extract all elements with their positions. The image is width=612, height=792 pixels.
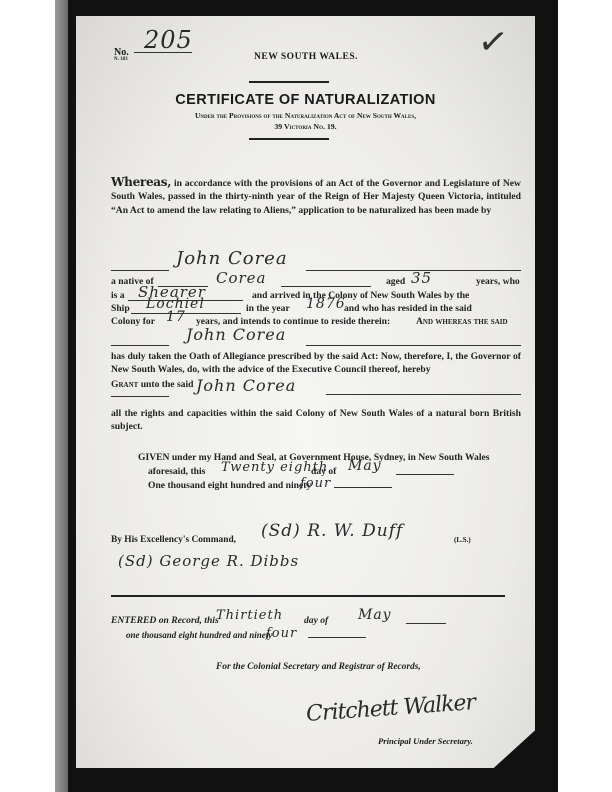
year-label: in the year xyxy=(246,302,290,315)
arrived-text: and arrived in the Colony of New South W… xyxy=(252,289,469,302)
grant-label: Grant xyxy=(111,379,138,390)
governor-signature: (Sd) R. W. Duff xyxy=(261,521,403,541)
applicant-name-grant: John Corea xyxy=(196,376,296,395)
rights-paragraph: all the rights and capacities within the… xyxy=(111,407,521,434)
given-aforesaid-label: aforesaid, this xyxy=(148,465,205,478)
certificate-page: No. N. 183 205 NEW SOUTH WALES. ✓ CERTIF… xyxy=(76,16,535,768)
preamble-paragraph: Whereas, in accordance with the provisio… xyxy=(111,176,521,217)
entered-year-suffix: four xyxy=(266,626,297,641)
certificate-title: CERTIFICATE OF NATURALIZATION xyxy=(76,92,535,108)
years-who-label: years, who xyxy=(476,275,520,288)
check-mark-icon: ✓ xyxy=(475,20,511,65)
ship-label: Ship xyxy=(111,302,130,315)
seal-mark: (L.S.) xyxy=(454,536,471,544)
principal-under-secretary-title: Principal Under Secretary. xyxy=(378,736,473,746)
colonial-secretary-line: For the Colonial Secretary and Registrar… xyxy=(216,661,421,674)
aged-label: aged xyxy=(386,275,405,288)
given-year-prefix: One thousand eight hundred and ninety xyxy=(148,479,311,492)
grant-text: unto the said xyxy=(141,379,194,390)
entered-label: ENTERED on Record, this xyxy=(111,614,219,627)
certificate-number: 205 xyxy=(144,26,193,54)
arrival-year: 1876 xyxy=(306,296,346,312)
given-year-suffix: four xyxy=(300,476,331,491)
is-a-label: is a xyxy=(111,289,125,302)
command-label: By His Excellency's Command, xyxy=(111,534,236,547)
preamble-text: in accordance with the provisions of an … xyxy=(111,178,521,216)
colony-for-label: Colony for xyxy=(111,315,155,328)
entered-day: Thirtieth xyxy=(216,608,283,623)
grant-line: Grant unto the said xyxy=(111,378,193,391)
whereas-said-text: And whereas the said xyxy=(416,315,508,328)
applicant-name: John Corea xyxy=(176,248,288,269)
whereas-heading: Whereas, xyxy=(111,175,171,189)
applicant-name-repeat: John Corea xyxy=(186,325,286,344)
given-month: May xyxy=(348,458,382,474)
registrar-signature: Critchett Walker xyxy=(305,690,475,727)
form-code: N. 183 xyxy=(114,57,128,62)
act-reference: 39 Victoria No. 19. xyxy=(76,122,535,131)
scan-frame-edge xyxy=(55,0,68,792)
entered-month: May xyxy=(358,607,392,623)
entered-day-of-label: day of xyxy=(304,614,328,627)
age-value: 35 xyxy=(411,269,432,287)
certificate-subtitle: Under the Provisions of the Naturalizati… xyxy=(76,111,535,120)
resided-text: and who has resided in the said xyxy=(344,302,472,315)
oath-paragraph: has duly taken the Oath of Allegiance pr… xyxy=(111,350,521,377)
entered-year-prefix: one thousand eight hundred and ninety xyxy=(126,629,272,642)
native-of-value: Corea xyxy=(216,269,267,287)
secretary-signature: (Sd) George R. Dibbs xyxy=(118,552,299,570)
years-resided: 17 xyxy=(166,309,186,325)
colony-heading: NEW SOUTH WALES. xyxy=(254,52,358,62)
given-line: GIVEN under my Hand and Seal, at Governm… xyxy=(138,451,528,464)
